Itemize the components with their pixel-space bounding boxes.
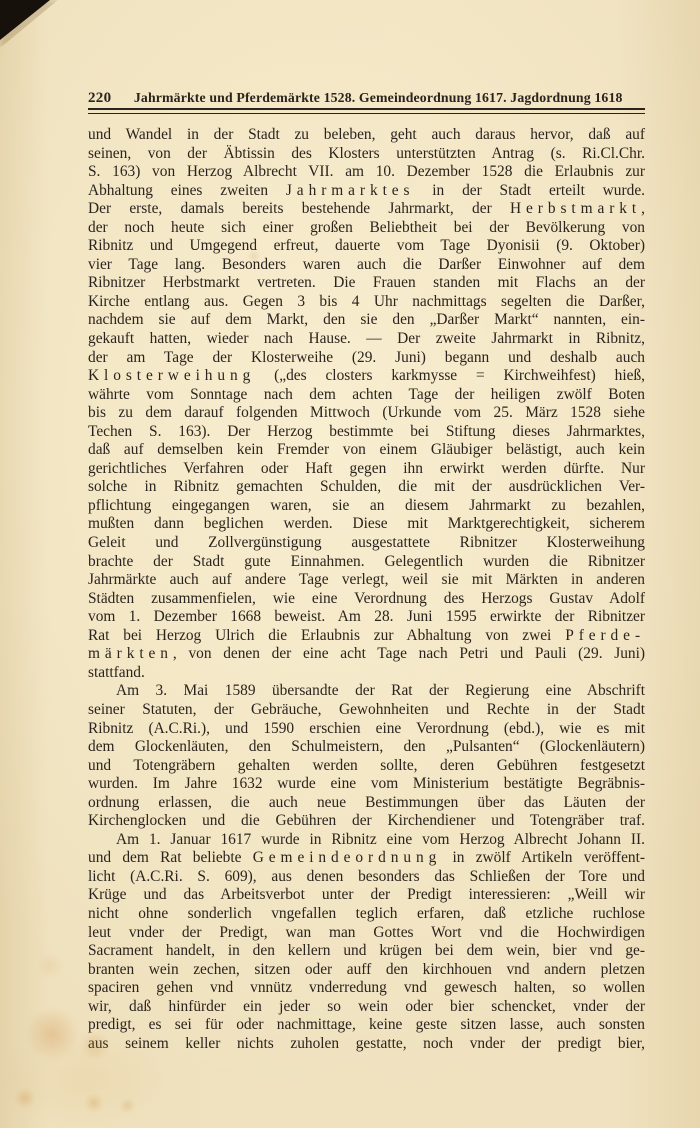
text-line: ordnung erlassen, die auch neue Bestimmu… bbox=[88, 794, 645, 813]
text-line: leut vnder der Predigt, wan man Gottes W… bbox=[88, 924, 645, 943]
text-line: Sacrament handelt, in den kellern und kr… bbox=[88, 942, 645, 961]
running-header-title: Jahrmärkte und Pferdemärkte 1528. Gemein… bbox=[111, 90, 645, 106]
text-line: pflichtung eingegangen waren, sie an die… bbox=[88, 497, 645, 516]
text-line: stattfand. bbox=[88, 664, 645, 683]
paragraph-2: Am 3. Mai 1589 übersandte der Rat der Re… bbox=[88, 682, 645, 830]
text-line: Am 3. Mai 1589 übersandte der Rat der Re… bbox=[88, 682, 645, 701]
letterspaced-word: Herbstmarkt bbox=[510, 200, 641, 217]
text-line: Ribnitz und Umgegend erfreut, dauerte vo… bbox=[88, 237, 645, 256]
text-line: währte vom Sonntage nach dem achten Tage… bbox=[88, 386, 645, 405]
text-line: und Totengräbern gehalten werden sollte,… bbox=[88, 757, 645, 776]
text-line: vier Tage lang. Besonders waren auch die… bbox=[88, 256, 645, 275]
text-line: Krüge und das Arbeitsverbot unter der Pr… bbox=[88, 886, 645, 905]
text-line: nachdem sie auf dem Markt, den sie den „… bbox=[88, 311, 645, 330]
text-line: und dem Rat beliebte Gemeindeordnung in … bbox=[88, 849, 645, 868]
text-line: licht (A.C.Ri. S. 609), aus denen besond… bbox=[88, 868, 645, 887]
page-number: 220 bbox=[88, 90, 111, 107]
text-line: Kirche entlang aus. Gegen 3 bis 4 Uhr na… bbox=[88, 293, 645, 312]
paragraph-1: und Wandel in der Stadt zu beleben, geht… bbox=[88, 126, 645, 682]
text-line: der am Tage der Klosterweihe (29. Juni) … bbox=[88, 349, 645, 368]
letterspaced-word: Klosterweihung bbox=[88, 367, 255, 384]
text-line: märkten, von denen der eine acht Tage na… bbox=[88, 645, 645, 664]
text-line: Ribnitzer Herbstmarkt vertreten. Die Fra… bbox=[88, 274, 645, 293]
text-line: branten wein zechen, sitzen oder auff de… bbox=[88, 961, 645, 980]
paragraph-3: Am 1. Januar 1617 wurde in Ribnitz eine … bbox=[88, 831, 645, 1054]
text-line: Kirchenglocken und die Gebühren der Kirc… bbox=[88, 812, 645, 831]
text-line: solche in Ribnitz gemachten Schulden, di… bbox=[88, 478, 645, 497]
header-double-rule bbox=[88, 108, 645, 114]
paper-stain bbox=[84, 1094, 104, 1112]
paper-stain bbox=[24, 1008, 80, 1060]
text-line: Der erste, damals bereits bestehende Jah… bbox=[88, 200, 645, 219]
text-line: Abhaltung eines zweiten Jahrmarktes in d… bbox=[88, 182, 645, 201]
text-line: predigt, es sei für oder nachmittage, ke… bbox=[88, 1016, 645, 1035]
text-line: Geleit und Zollvergünstigung ausgestatte… bbox=[88, 534, 645, 553]
text-line: brachte der Stadt gute Einnahmen. Gelege… bbox=[88, 553, 645, 572]
text-line: Am 1. Januar 1617 wurde in Ribnitz eine … bbox=[88, 831, 645, 850]
text-line: gekauft hatten, wieder nach Hause. — Der… bbox=[88, 330, 645, 349]
text-line: Ribnitz (A.C.Ri.), und 1590 erschien ein… bbox=[88, 720, 645, 739]
text-line: Klosterweihung („des closters karkmysse … bbox=[88, 367, 645, 386]
text-line: dem Glockenläuten, den Schulmeistern, de… bbox=[88, 738, 645, 757]
text-line: Techen S. 163). Der Herzog bestimmte bei… bbox=[88, 423, 645, 442]
letterspaced-word: Pferde- bbox=[565, 627, 645, 644]
book-page: 220 Jahrmärkte und Pferdemärkte 1528. Ge… bbox=[0, 0, 700, 1128]
text-line: wir, daß hinfürder ein jeder so wein ode… bbox=[88, 998, 645, 1017]
letterspaced-word: märkten bbox=[88, 645, 173, 662]
text-line: seinen, von der Äbtissin des Klosters un… bbox=[88, 145, 645, 164]
text-line: Rat bei Herzog Ulrich die Erlaubnis zur … bbox=[88, 627, 645, 646]
scan-corner-dark-edge bbox=[0, 0, 50, 40]
text-line: wurden. Im Jahre 1632 wurde eine vom Min… bbox=[88, 775, 645, 794]
text-line: nicht ohne sonderlich vngefallen teglich… bbox=[88, 905, 645, 924]
paper-stain bbox=[36, 955, 62, 977]
text-line: Städten zusammenfielen, wie eine Verordn… bbox=[88, 590, 645, 609]
text-line: daß auf demselben kein Fremder von einem… bbox=[88, 441, 645, 460]
text-line: aus seinem keller nichts zuholen gestatt… bbox=[88, 1035, 645, 1054]
text-line: Jahrmärkte auch auf andere Tage verlegt,… bbox=[88, 571, 645, 590]
text-line: der noch heute sich einer großen Beliebt… bbox=[88, 219, 645, 238]
running-header: 220 Jahrmärkte und Pferdemärkte 1528. Ge… bbox=[88, 90, 645, 107]
paper-stain bbox=[119, 1098, 136, 1113]
text-line: gerichtliches Verfahren oder Haft gegen … bbox=[88, 460, 645, 479]
letterspaced-word: Jahrmarktes bbox=[286, 182, 415, 199]
text-line: S. 163) von Herzog Albrecht VII. am 10. … bbox=[88, 163, 645, 182]
text-block: und Wandel in der Stadt zu beleben, geht… bbox=[88, 126, 645, 1053]
text-line: und Wandel in der Stadt zu beleben, geht… bbox=[88, 126, 645, 145]
text-line: spaciren gehen vnd vnnütz vnderredung vn… bbox=[88, 979, 645, 998]
text-line: bis zu dem darauf folgenden Mittwoch (Ur… bbox=[88, 404, 645, 423]
text-line: seiner Statuten, der Gebräuche, Gewohnhe… bbox=[88, 701, 645, 720]
text-line: mußten dann beglichen werden. Diese mit … bbox=[88, 515, 645, 534]
text-line: vom 1. Dezember 1668 beweist. Am 28. Jun… bbox=[88, 608, 645, 627]
paper-stain bbox=[14, 1088, 36, 1108]
letterspaced-word: Gemeindeordnung bbox=[253, 849, 441, 866]
